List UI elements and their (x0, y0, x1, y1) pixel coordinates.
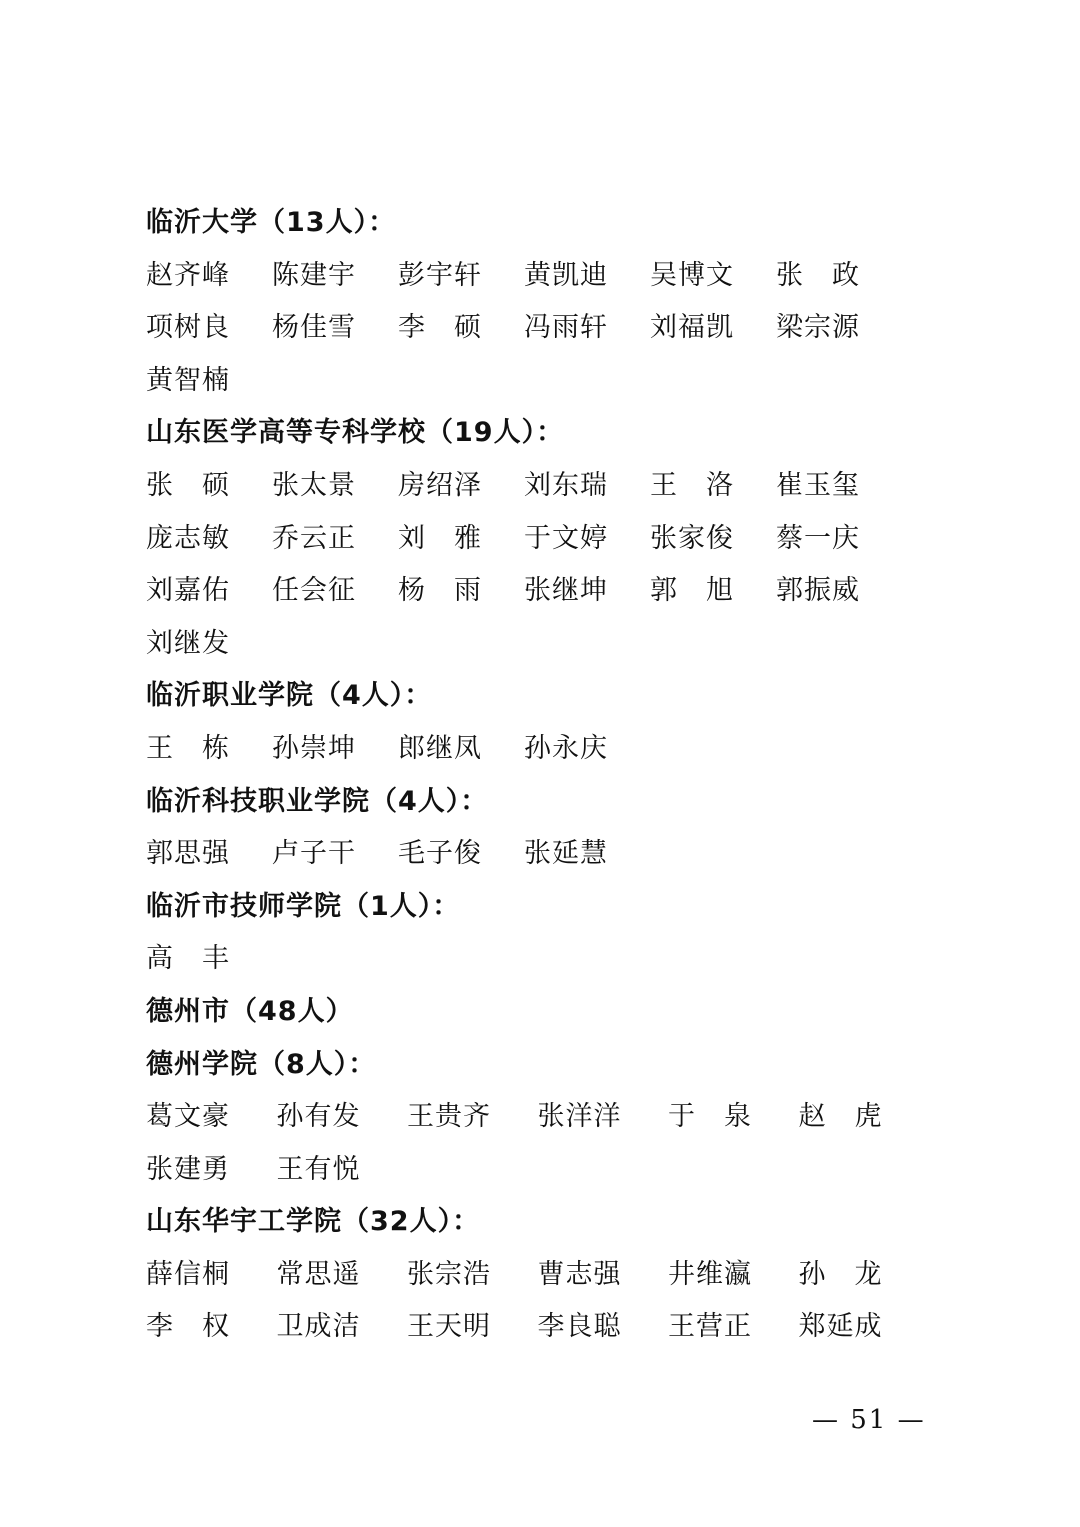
person-name: 刘 雅 (398, 513, 524, 566)
person-name: 刘继发 (146, 618, 272, 671)
person-name: 王 洛 (650, 460, 776, 513)
person-name: 薛信桐 (146, 1249, 277, 1302)
page-number: — 51 — (812, 1405, 926, 1435)
person-name: 崔玉玺 (776, 460, 902, 513)
names-row: 张建勇王有悦 (146, 1144, 946, 1197)
person-name: 常思遥 (277, 1249, 408, 1302)
person-name: 陈建宇 (272, 250, 398, 303)
person-name: 郎继凤 (398, 723, 524, 776)
person-name: 卫成洁 (277, 1301, 408, 1354)
person-name: 黄智楠 (146, 355, 272, 408)
person-name: 郑延成 (799, 1301, 930, 1354)
person-name: 王贵齐 (407, 1091, 538, 1144)
name-list-content: 临沂大学（13人）：赵齐峰陈建宇彭宇轩黄凯迪吴博文张 政项树良杨佳雪李 硕冯雨轩… (146, 197, 946, 1354)
person-name: 乔云正 (272, 513, 398, 566)
section-heading: 山东医学高等专科学校（19人）： (146, 407, 946, 460)
section-heading: 临沂科技职业学院（4人）： (146, 776, 946, 829)
person-name: 李 硕 (398, 302, 524, 355)
person-name: 李 权 (146, 1301, 277, 1354)
person-name: 孙崇坤 (272, 723, 398, 776)
person-name: 黄凯迪 (524, 250, 650, 303)
person-name: 张 硕 (146, 460, 272, 513)
person-name: 王有悦 (277, 1144, 408, 1197)
person-name: 于文婷 (524, 513, 650, 566)
names-row: 高 丰 (146, 933, 946, 986)
person-name: 井维瀛 (668, 1249, 799, 1302)
section-heading: 德州学院（8人）： (146, 1039, 946, 1092)
names-row: 项树良杨佳雪李 硕冯雨轩刘福凯梁宗源 (146, 302, 946, 355)
names-row: 赵齐峰陈建宇彭宇轩黄凯迪吴博文张 政 (146, 250, 946, 303)
person-name: 刘东瑞 (524, 460, 650, 513)
person-name: 赵 虎 (799, 1091, 930, 1144)
names-row: 刘嘉佑任会征杨 雨张继坤郭 旭郭振威 (146, 565, 946, 618)
section-heading: 临沂市技师学院（1人）： (146, 881, 946, 934)
person-name: 郭振威 (776, 565, 902, 618)
person-name: 庞志敏 (146, 513, 272, 566)
person-name: 郭 旭 (650, 565, 776, 618)
person-name: 任会征 (272, 565, 398, 618)
person-name: 彭宇轩 (398, 250, 524, 303)
person-name: 郭思强 (146, 828, 272, 881)
person-name: 卢子干 (272, 828, 398, 881)
person-name: 孙 龙 (799, 1249, 930, 1302)
person-name: 曹志强 (538, 1249, 669, 1302)
names-row: 王 栋孙崇坤郎继凤孙永庆 (146, 723, 946, 776)
person-name: 李良聪 (538, 1301, 669, 1354)
person-name: 张建勇 (146, 1144, 277, 1197)
person-name: 张太景 (272, 460, 398, 513)
person-name: 张宗浩 (407, 1249, 538, 1302)
person-name: 张继坤 (524, 565, 650, 618)
person-name: 毛子俊 (398, 828, 524, 881)
person-name: 项树良 (146, 302, 272, 355)
names-row: 葛文豪孙有发王贵齐张洋洋于 泉赵 虎 (146, 1091, 946, 1144)
person-name: 张家俊 (650, 513, 776, 566)
names-row: 薛信桐常思遥张宗浩曹志强井维瀛孙 龙 (146, 1249, 946, 1302)
person-name: 孙永庆 (524, 723, 650, 776)
names-row: 郭思强卢子干毛子俊张延慧 (146, 828, 946, 881)
section-heading: 临沂大学（13人）： (146, 197, 946, 250)
person-name: 冯雨轩 (524, 302, 650, 355)
person-name: 张延慧 (524, 828, 650, 881)
person-name: 王 栋 (146, 723, 272, 776)
person-name: 刘嘉佑 (146, 565, 272, 618)
names-row: 张 硕张太景房绍泽刘东瑞王 洛崔玉玺 (146, 460, 946, 513)
person-name: 房绍泽 (398, 460, 524, 513)
person-name: 刘福凯 (650, 302, 776, 355)
person-name: 杨 雨 (398, 565, 524, 618)
person-name: 王营正 (668, 1301, 799, 1354)
person-name: 吴博文 (650, 250, 776, 303)
person-name: 蔡一庆 (776, 513, 902, 566)
names-row: 黄智楠 (146, 355, 946, 408)
person-name: 王天明 (407, 1301, 538, 1354)
document-page: 临沂大学（13人）：赵齐峰陈建宇彭宇轩黄凯迪吴博文张 政项树良杨佳雪李 硕冯雨轩… (0, 0, 1080, 1527)
section-heading: 山东华宇工学院（32人）： (146, 1196, 946, 1249)
person-name: 高 丰 (146, 933, 272, 986)
person-name: 梁宗源 (776, 302, 902, 355)
names-row: 刘继发 (146, 618, 946, 671)
person-name: 赵齐峰 (146, 250, 272, 303)
person-name: 葛文豪 (146, 1091, 277, 1144)
person-name: 杨佳雪 (272, 302, 398, 355)
person-name: 于 泉 (668, 1091, 799, 1144)
person-name: 孙有发 (277, 1091, 408, 1144)
person-name: 张 政 (776, 250, 902, 303)
person-name: 张洋洋 (538, 1091, 669, 1144)
names-row: 庞志敏乔云正刘 雅于文婷张家俊蔡一庆 (146, 513, 946, 566)
section-heading: 临沂职业学院（4人）： (146, 670, 946, 723)
section-heading: 德州市（48人） (146, 986, 946, 1039)
names-row: 李 权卫成洁王天明李良聪王营正郑延成 (146, 1301, 946, 1354)
